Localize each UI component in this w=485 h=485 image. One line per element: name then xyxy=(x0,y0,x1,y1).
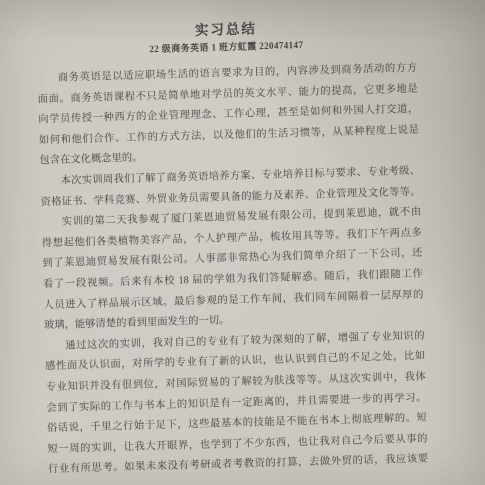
document-page: 实习总结 22 级商务英语 1 班方虹霞 220474147 商务英语是以适应职… xyxy=(36,16,429,481)
document-photo: 实习总结 22 级商务英语 1 班方虹霞 220474147 商务英语是以适应职… xyxy=(0,0,485,485)
document-body: 商务英语是以适应职场生活的语言要求为目的，内容涉及到商务活动的方方面面。商务英语… xyxy=(37,59,428,481)
